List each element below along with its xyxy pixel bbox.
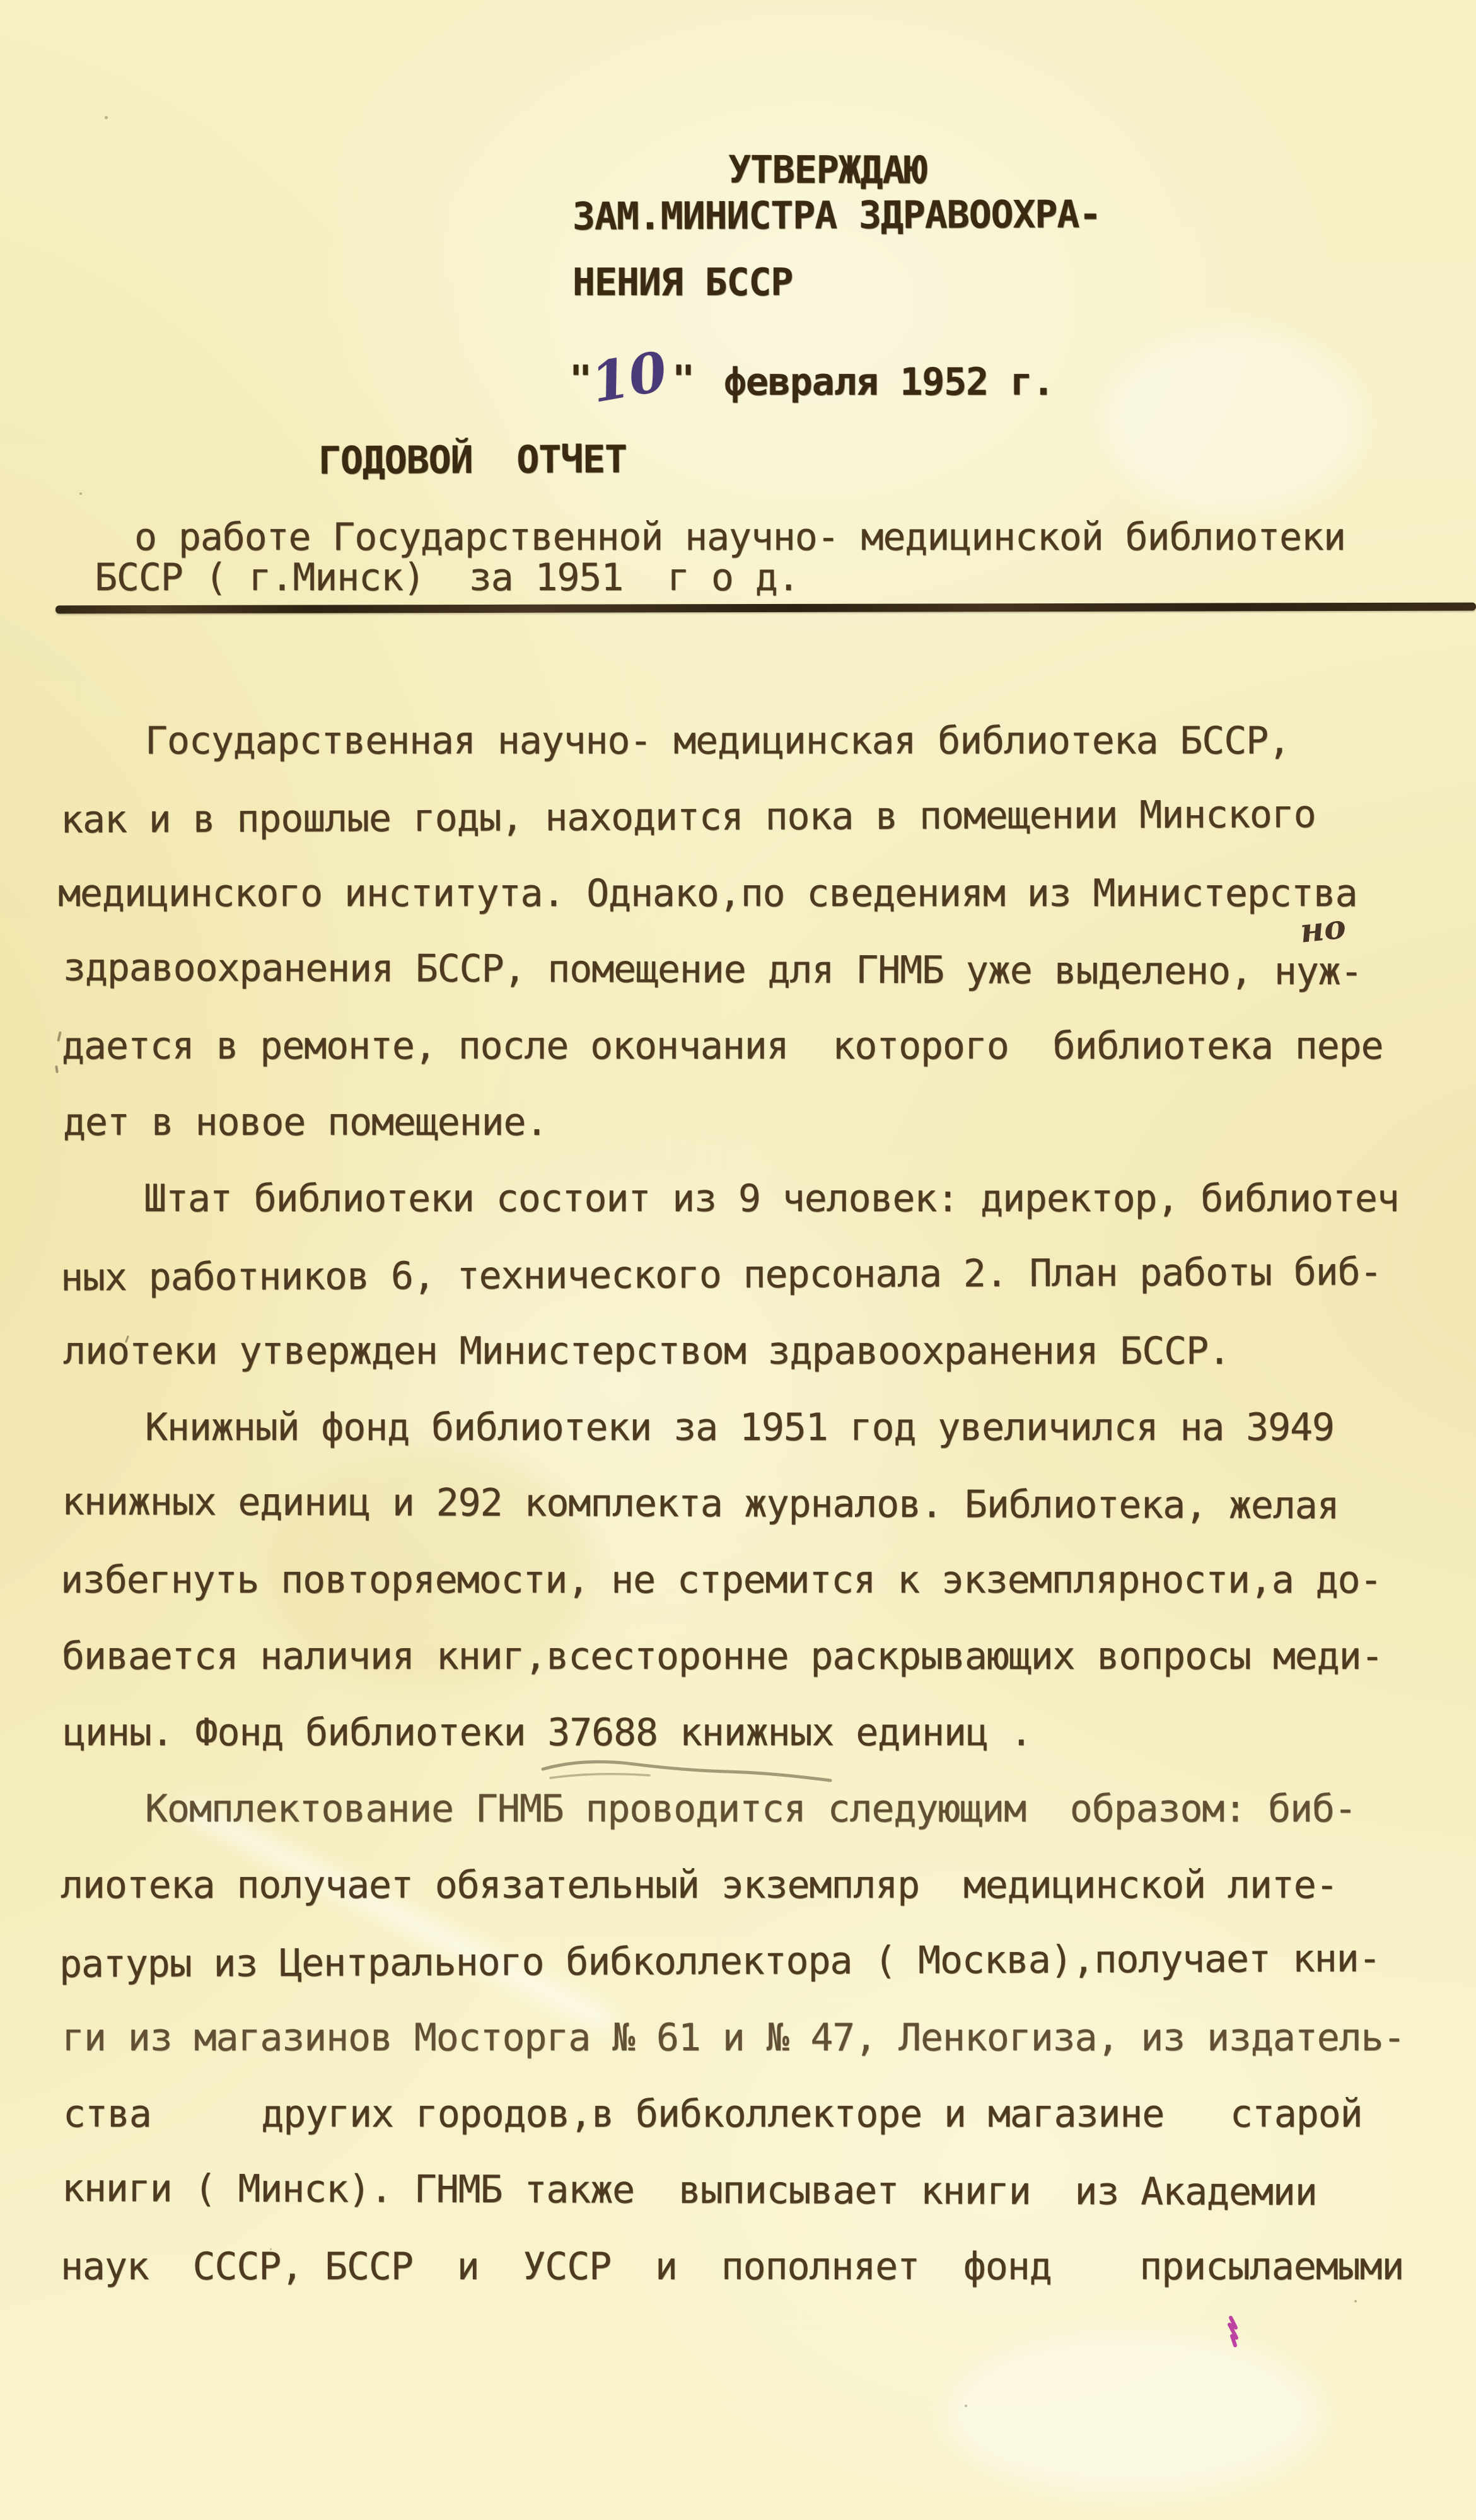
date-open-quote: " — [569, 361, 591, 398]
body-line: ства других городов,в бибколлекторе и ма… — [63, 2095, 1362, 2133]
paper-crease — [179, 1796, 616, 2033]
body-line: книжных единиц и 292 комплекта журналов.… — [62, 1483, 1339, 1524]
body-line: ги из магазинов Мосторга № 61 и № 47, Ле… — [62, 2019, 1405, 2057]
paper-speck — [270, 2248, 272, 2250]
handwritten-day: 10 — [587, 344, 671, 410]
body-line: медицинского института. Однако,по сведен… — [58, 874, 1357, 912]
report-title: ГОДОВОЙ ОТЧЕТ — [318, 441, 627, 480]
body-line: бивается наличия книг,всесторонне раскры… — [62, 1637, 1383, 1675]
body-line: здравоохранения БССР, помещение для ГНМБ… — [63, 949, 1363, 990]
margin-tick-mark — [57, 1031, 61, 1042]
body-line: Штат библиотеки состоит из 9 человек: ди… — [144, 1180, 1399, 1217]
underline-squiggle-mark — [539, 1759, 842, 1791]
approver-title-line1: ЗАМ.МИНИСТРА ЗДРАВООХРА- — [572, 195, 1101, 236]
paper-stain — [946, 2333, 1324, 2497]
handwritten-insertion: но — [1298, 910, 1347, 948]
body-line: дет в новое помещение. — [63, 1103, 547, 1141]
date-close-quote: " — [672, 361, 694, 398]
pink-ink-mark — [1223, 2315, 1248, 2350]
body-line: Комплектование ГНМБ проводится следующим… — [145, 1790, 1356, 1828]
divider-rule — [55, 603, 1476, 614]
scanned-document-page: УТВЕРЖДАЮ ЗАМ.МИНИСТРА ЗДРАВООХРА- НЕНИЯ… — [0, 0, 1476, 2520]
body-line: Книжный фонд библиотеки за 1951 год увел… — [145, 1408, 1334, 1446]
paper-speck — [105, 116, 108, 119]
report-subtitle-line1: о работе Государственной научно- медицин… — [134, 518, 1345, 556]
body-line: лиотека получает обязательный экземпляр … — [61, 1866, 1338, 1904]
approver-title-line2: НЕНИЯ БССР — [572, 264, 793, 301]
approval-stamp-label: УТВЕРЖДАЮ — [728, 151, 926, 190]
body-line: ратуры из Центрального бибколлектора ( М… — [59, 1939, 1381, 1983]
date-text: февраля 1952 г. — [724, 363, 1054, 401]
paper-speck — [352, 748, 354, 750]
body-line: дается в ремонте, после окончания которо… — [62, 1027, 1383, 1065]
body-line: наук СССР, БССР и УССР и пополняет фонд … — [61, 2248, 1403, 2285]
body-line: книги ( Минск). ГНМБ также выписывает кн… — [62, 2169, 1317, 2211]
body-line: ных работников 6, технического персонала… — [61, 1253, 1382, 1296]
paper-stain — [1103, 328, 1368, 517]
paper-speck — [965, 2405, 967, 2407]
margin-tick-mark — [55, 1065, 59, 1073]
paper-speck — [79, 492, 82, 495]
paper-speck — [1354, 2300, 1357, 2302]
body-line: Государственная научно- медицинская библ… — [145, 722, 1290, 760]
report-subtitle-line2: БССР ( г.Минск) за 1951 г о д. — [95, 559, 799, 596]
body-line: как и в прошлые годы, находится пока в п… — [61, 796, 1316, 839]
body-line: лиотеки утвержден Министерством здравоох… — [63, 1332, 1230, 1370]
body-line: цины. Фонд библиотеки 37688 книжных един… — [63, 1714, 1032, 1751]
body-line: избегнуть повторяемости, не стремится к … — [61, 1561, 1381, 1599]
